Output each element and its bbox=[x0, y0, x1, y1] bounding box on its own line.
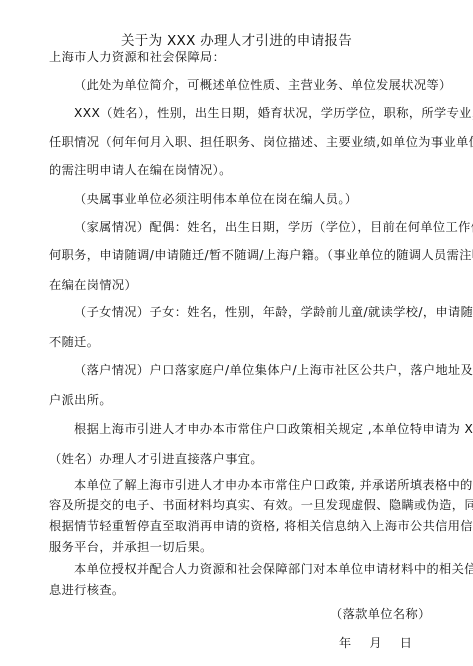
paragraph-line: 不随迁。 bbox=[49, 334, 429, 350]
paragraph-line: 容及所提交的电子、书面材料均真实、有效。一旦发现虚假、隐瞒或伪造，同意 bbox=[49, 497, 429, 513]
paragraph-line: 息进行核查。 bbox=[49, 582, 429, 598]
paragraph-line: XXX（姓名），性别，出生日期，婚育状况，学历学位，职称，所学专业， bbox=[74, 105, 429, 121]
paragraph-line: 根据情节轻重暂停直至取消再申请的资格, 将相关信息纳入上海市公共信用信息 bbox=[49, 518, 429, 534]
paragraph-line: （落户情况）户口落家庭户/单位集体户/上海市社区公共户，落户地址及落 bbox=[74, 362, 429, 378]
paragraph-line: （子女情况）子女：姓名，性别，年龄，学龄前儿童/就读学校/，申请随迁/ bbox=[74, 304, 429, 320]
paragraph-line: 本单位授权并配合人力资源和社会保障部门对本单位申请材料中的相关信 bbox=[74, 561, 429, 577]
paragraph-line: 的需注明申请人在编在岗情况）。 bbox=[49, 162, 429, 178]
paragraph-line: 户派出所。 bbox=[49, 392, 429, 408]
paragraph-line: 本单位了解上海市引进人才申办本市常住户口政策, 并承诺所填表格中的内 bbox=[74, 477, 429, 493]
paragraph-line: （家属情况）配偶：姓名，出生日期，学历（学位），目前在何单位工作任 bbox=[74, 219, 429, 235]
signature-unit: （落款单位名称） bbox=[330, 606, 450, 622]
salutation: 上海市人力资源和社会保障局： bbox=[49, 49, 429, 65]
paragraph-line: （此处为单位简介，可概述单位性质、主营业务、单位发展状况等） bbox=[74, 77, 429, 93]
paragraph-line: 任职情况（何年何月入职、担任职务、岗位描述、主要业绩,如单位为事业单位 bbox=[49, 134, 429, 150]
paragraph-line: （央属事业单位必须注明伟本单位在岗在编人员。） bbox=[74, 191, 429, 207]
paragraph-line: 根据上海市引进人才申办本市常住户口政策相关规定 ,本单位特申请为 XXX bbox=[74, 421, 429, 437]
paragraph-line: （姓名）办理人才引进直接落户事宜。 bbox=[49, 451, 429, 467]
paragraph-line: 何职务，申请随调/申请随迁/暂不随调/上海户籍。（事业单位的随调人员需注明 bbox=[49, 247, 429, 263]
paragraph-line: 在编在岗情况） bbox=[49, 277, 429, 293]
document-title: 关于为 XXX 办理人才引进的申请报告 bbox=[0, 29, 473, 49]
signature-date: 年 月 日 bbox=[339, 635, 419, 651]
paragraph-line: 服务平台，并承担一切后果。 bbox=[49, 539, 429, 555]
